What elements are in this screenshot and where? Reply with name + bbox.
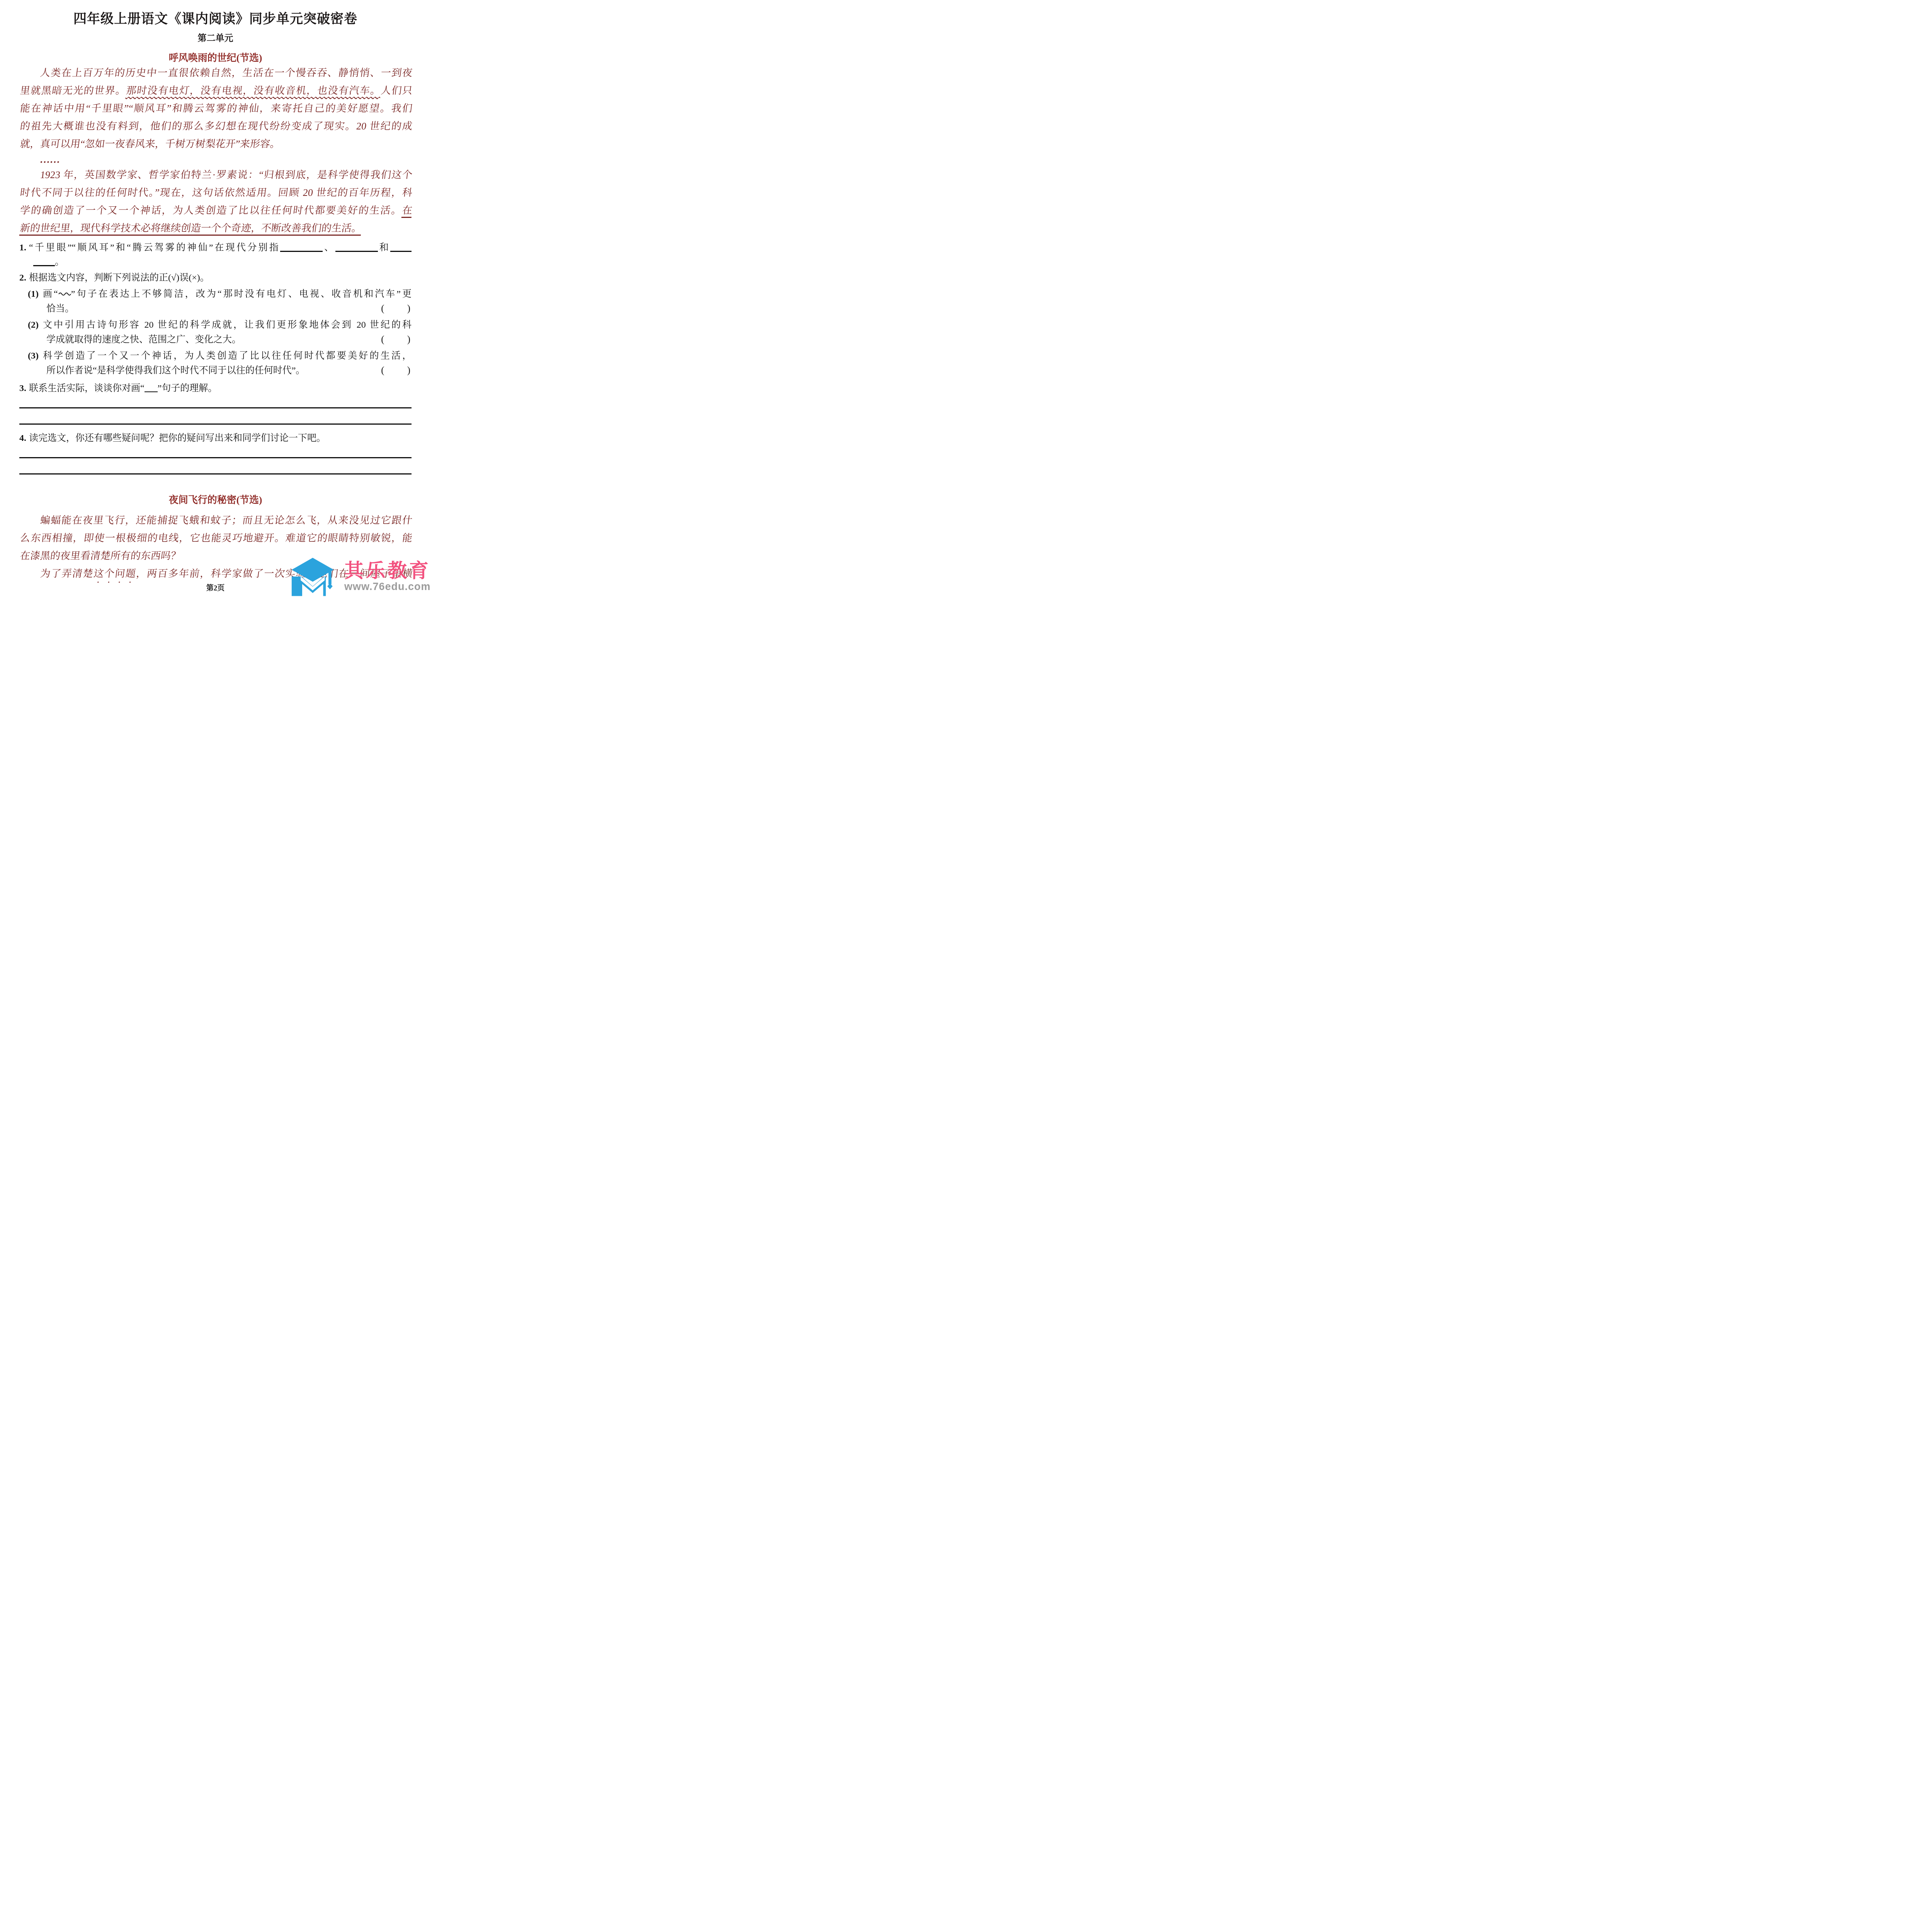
ellipsis-line: …… [19,153,413,166]
passage-line: 时代不同于以往的任何时代。”现在，这句话依然适用。回顾 20 世纪的百年历程，科 [19,184,413,202]
question-2-item-2: (2)文中引用古诗句形容 20 世纪的科学成就，让我们更形象地体会到 20 世纪… [19,318,412,347]
item-text: 所以作者说“是科学使得我们这个时代不同于以往的任何时代”。 [46,363,305,378]
answer-blank[interactable] [280,244,323,252]
question-2-item-3: (3)科学创造了一个又一个神话，为人类创造了比以往任何时代都要美好的生活， 所以… [19,349,412,378]
item-number: (1) [28,289,41,299]
question-text: 联系生活实际，谈谈你对画“ [29,383,145,393]
item-line: (2)文中引用古诗句形容 20 世纪的科学成就，让我们更形象地体会到 20 世纪… [19,318,412,332]
separator: 、 [323,243,335,253]
section1-heading: 呼风唤雨的世纪(节选) [19,53,412,64]
page-content: 四年级上册语文《课内阅读》同步单元突破密卷 第二单元 呼风唤雨的世纪(节选) 人… [0,0,431,585]
answer-line[interactable] [19,473,412,474]
item-number: (3) [28,351,41,361]
emphasized-text: 这个问题 [93,568,137,579]
item-text: ”句子在表达上不够简洁，改为“那时没有电灯、电视、收音机和汽车”更 [71,289,412,299]
brand-name: 其乐教育 [344,561,431,580]
passage-line: 人类在上百万年的历史中一直很依赖自然，生活在一个慢吞吞、静悄悄、一到夜 [19,64,413,82]
passage-line: 的祖先大概谁也没有料到，他们的那么多幻想在现代纷纷变成了现实。20 世纪的成 [19,117,413,135]
question-1: 1.“千里眼”“顺风耳”和“腾云驾雾的神仙”在现代分别指、和 。 [19,240,412,269]
question-number: 1. [19,243,29,253]
answer-line[interactable] [19,457,412,458]
question-2: 2.根据选文内容，判断下列说法的正(√)误(×)。 (1)画“”句子在表达上不够… [19,270,412,378]
question-1-line1: 1.“千里眼”“顺风耳”和“腾云驾雾的神仙”在现代分别指、和 [19,240,412,255]
item-line: 恰当。( ) [19,301,412,316]
question-text: “千里眼”“顺风耳”和“腾云驾雾的神仙”在现代分别指 [29,243,280,253]
answer-blank[interactable] [390,244,412,252]
period: 。 [55,257,64,267]
passage-line: 就，真可以用“忽如一夜春风来，千树万树梨花开”来形容。 [19,135,413,153]
question-1-line2: 。 [19,255,412,269]
item-line: 学成就取得的速度之快、范围之广、变化之大。( ) [19,332,412,347]
page-title: 四年级上册语文《课内阅读》同步单元突破密卷 [19,11,412,28]
question-4-stem: 4.读完选文，你还有哪些疑问呢？把你的疑问写出来和同学们讨论一下吧。 [19,431,412,446]
question-number: 3. [19,383,29,393]
item-text: 文中引用古诗句形容 20 世纪的科学成就，让我们更形象地体会到 20 世纪的科 [41,320,412,330]
item-line: (3)科学创造了一个又一个神话，为人类创造了比以往任何时代都要美好的生活， [19,349,412,363]
question-text: 读完选文，你还有哪些疑问呢？把你的疑问写出来和同学们讨论一下吧。 [29,433,326,443]
item-line: 所以作者说“是科学使得我们这个时代不同于以往的任何时代”。( ) [19,363,412,378]
watermark: 其乐教育 www.76edu.com [289,556,431,597]
question-2-item-1: (1)画“”句子在表达上不够简洁，改为“那时没有电灯、电视、收音机和汽车”更 恰… [19,287,412,316]
question-4: 4.读完选文，你还有哪些疑问呢？把你的疑问写出来和同学们讨论一下吧。 [19,431,412,446]
blank-underline [145,386,158,392]
check-bracket[interactable]: ( ) [381,363,412,378]
question-3-stem: 3.联系生活实际，谈谈你对画“”句子的理解。 [19,381,412,396]
passage-text: 里就黑暗无光的世界。 [19,85,127,96]
item-text: 科学创造了一个又一个神话，为人类创造了比以往任何时代都要美好的生活， [41,351,412,361]
passage-line: 里就黑暗无光的世界。那时没有电灯，没有电视，没有收音机，也没有汽车。人们只 [19,82,413,100]
question-number: 2. [19,273,29,283]
answer-line[interactable] [19,423,412,425]
item-text: 学成就取得的速度之快、范围之广、变化之大。 [46,332,241,347]
question-2-stem: 2.根据选文内容，判断下列说法的正(√)误(×)。 [19,270,412,285]
separator: 和 [378,243,391,253]
passage-line: 蝙蝠能在夜里飞行，还能捕捉飞蛾和蚊子；而且无论怎么飞，从来没见过它跟什 [19,512,413,529]
question-number: 4. [19,433,29,443]
passage-line: 学的确创造了一个又一个神话，为人类创造了比以往任何时代都要美好的生活。在 [19,202,413,219]
wavy-underlined-sentence: 那时没有电灯，没有电视，没有收音机，也没有汽车。 [126,85,382,96]
check-bracket[interactable]: ( ) [381,301,412,316]
question-text: 根据选文内容，判断下列说法的正(√)误(×)。 [29,273,209,283]
site-url: www.76edu.com [344,580,431,593]
reading-passage-1: 人类在上百万年的历史中一直很依赖自然，生活在一个慢吞吞、静悄悄、一到夜 里就黑暗… [19,64,412,237]
item-number: (2) [28,320,41,330]
underlined-sentence: 新的世纪里，现代科学技术必将继续创造一个个奇迹，不断改善我们的生活。 [19,223,362,236]
question-text: ”句子的理解。 [158,383,218,393]
passage-text: 学的确创造了一个又一个神话，为人类创造了比以往任何时代都要美好的生活。 [19,205,403,216]
question-3: 3.联系生活实际，谈谈你对画“”句子的理解。 [19,381,412,396]
item-text: 画“ [41,289,58,299]
passage-line: 么东西相撞，即使一根极细的电线，它也能灵巧地避开。难道它的眼睛特别敏锐，能 [19,529,413,547]
passage-line: 新的世纪里，现代科学技术必将继续创造一个个奇迹，不断改善我们的生活。 [19,219,413,237]
question-list: 1.“千里眼”“顺风耳”和“腾云驾雾的神仙”在现代分别指、和 。 2.根据选文内… [19,240,412,474]
item-text: 恰当。 [46,301,74,316]
check-bracket[interactable]: ( ) [381,332,412,347]
passage-text: 为了弄清楚 [40,568,94,579]
answer-line[interactable] [19,407,412,408]
answer-blank[interactable] [33,258,55,266]
answer-blank[interactable] [335,244,378,252]
watermark-text: 其乐教育 www.76edu.com [344,561,431,593]
passage-text: 人们只 [380,85,413,96]
item-line: (1)画“”句子在表达上不够简洁，改为“那时没有电灯、电视、收音机和汽车”更 [19,287,412,301]
passage-line: 能在神话中用“千里眼”“顺风耳”和腾云驾雾的神仙，来寄托自己的美好愿望。我们 [19,100,413,117]
unit-title: 第二单元 [19,32,412,44]
underlined-text: 在 [401,205,413,218]
graduation-cap-icon [289,556,342,597]
wavy-line-mark [58,291,71,296]
exam-page: { "page": { "title": "四年级上册语文《课内阅读》同步单元突… [0,0,431,597]
section2-heading: 夜间飞行的秘密(节选) [19,495,412,506]
passage-line: 1923 年，英国数学家、哲学家伯特兰·罗素说：“归根到底，是科学使得我们这个 [19,166,413,184]
